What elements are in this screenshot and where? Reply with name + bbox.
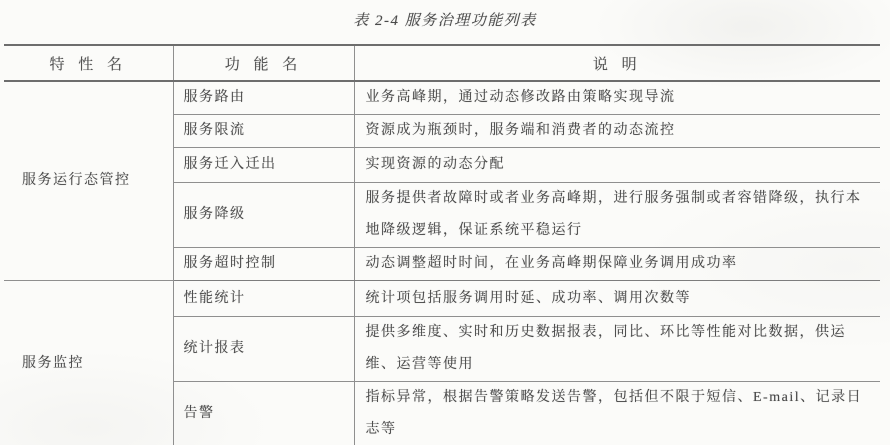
scanned-document-page: 表 2-4 服务治理功能列表 特 性 名 功 能 名 说 明 服务运行态管控 服… — [0, 0, 890, 445]
description-cell: 业务高峰期，通过动态修改路由策略实现导流 — [354, 81, 880, 115]
function-cell: 服务迁入迁出 — [173, 148, 354, 183]
description-cell: 指标异常，根据告警策略发送告警，包括但不限于短信、E-mail、记录日志等 — [354, 382, 880, 445]
function-cell: 服务限流 — [173, 115, 354, 148]
function-cell: 服务路由 — [173, 81, 354, 115]
function-cell: 性能统计 — [173, 281, 354, 317]
caption-band: 表 2-4 服务治理功能列表 — [0, 0, 890, 44]
description-cell: 服务提供者故障时或者业务高峰期，进行服务强制或者容错降级，执行本地降级逻辑，保证… — [354, 183, 880, 248]
service-governance-table: 特 性 名 功 能 名 说 明 服务运行态管控 服务路由 业务高峰期，通过动态修… — [4, 44, 880, 445]
header-feature-name: 特 性 名 — [4, 45, 173, 81]
description-cell: 统计项包括服务调用时延、成功率、调用次数等 — [354, 281, 880, 317]
feature-cell: 服务监控 — [4, 281, 173, 445]
table-row: 服务运行态管控 服务路由 业务高峰期，通过动态修改路由策略实现导流 — [4, 81, 880, 115]
table-caption: 表 2-4 服务治理功能列表 — [353, 13, 537, 29]
header-row: 特 性 名 功 能 名 说 明 — [4, 45, 880, 81]
description-cell: 提供多维度、实时和历史数据报表，同比、环比等性能对比数据，供运维、运营等使用 — [354, 317, 880, 382]
description-cell: 动态调整超时时间，在业务高峰期保障业务调用成功率 — [354, 248, 880, 281]
function-cell: 告警 — [173, 382, 354, 445]
header-description: 说 明 — [354, 45, 880, 81]
function-cell: 服务超时控制 — [173, 248, 354, 281]
function-cell: 统计报表 — [173, 317, 354, 382]
header-function-name: 功 能 名 — [173, 45, 354, 81]
table-row: 服务监控 性能统计 统计项包括服务调用时延、成功率、调用次数等 — [4, 281, 880, 317]
description-cell: 资源成为瓶颈时，服务端和消费者的动态流控 — [354, 115, 880, 148]
feature-cell: 服务运行态管控 — [4, 81, 173, 281]
function-cell: 服务降级 — [173, 183, 354, 248]
description-cell: 实现资源的动态分配 — [354, 148, 880, 183]
